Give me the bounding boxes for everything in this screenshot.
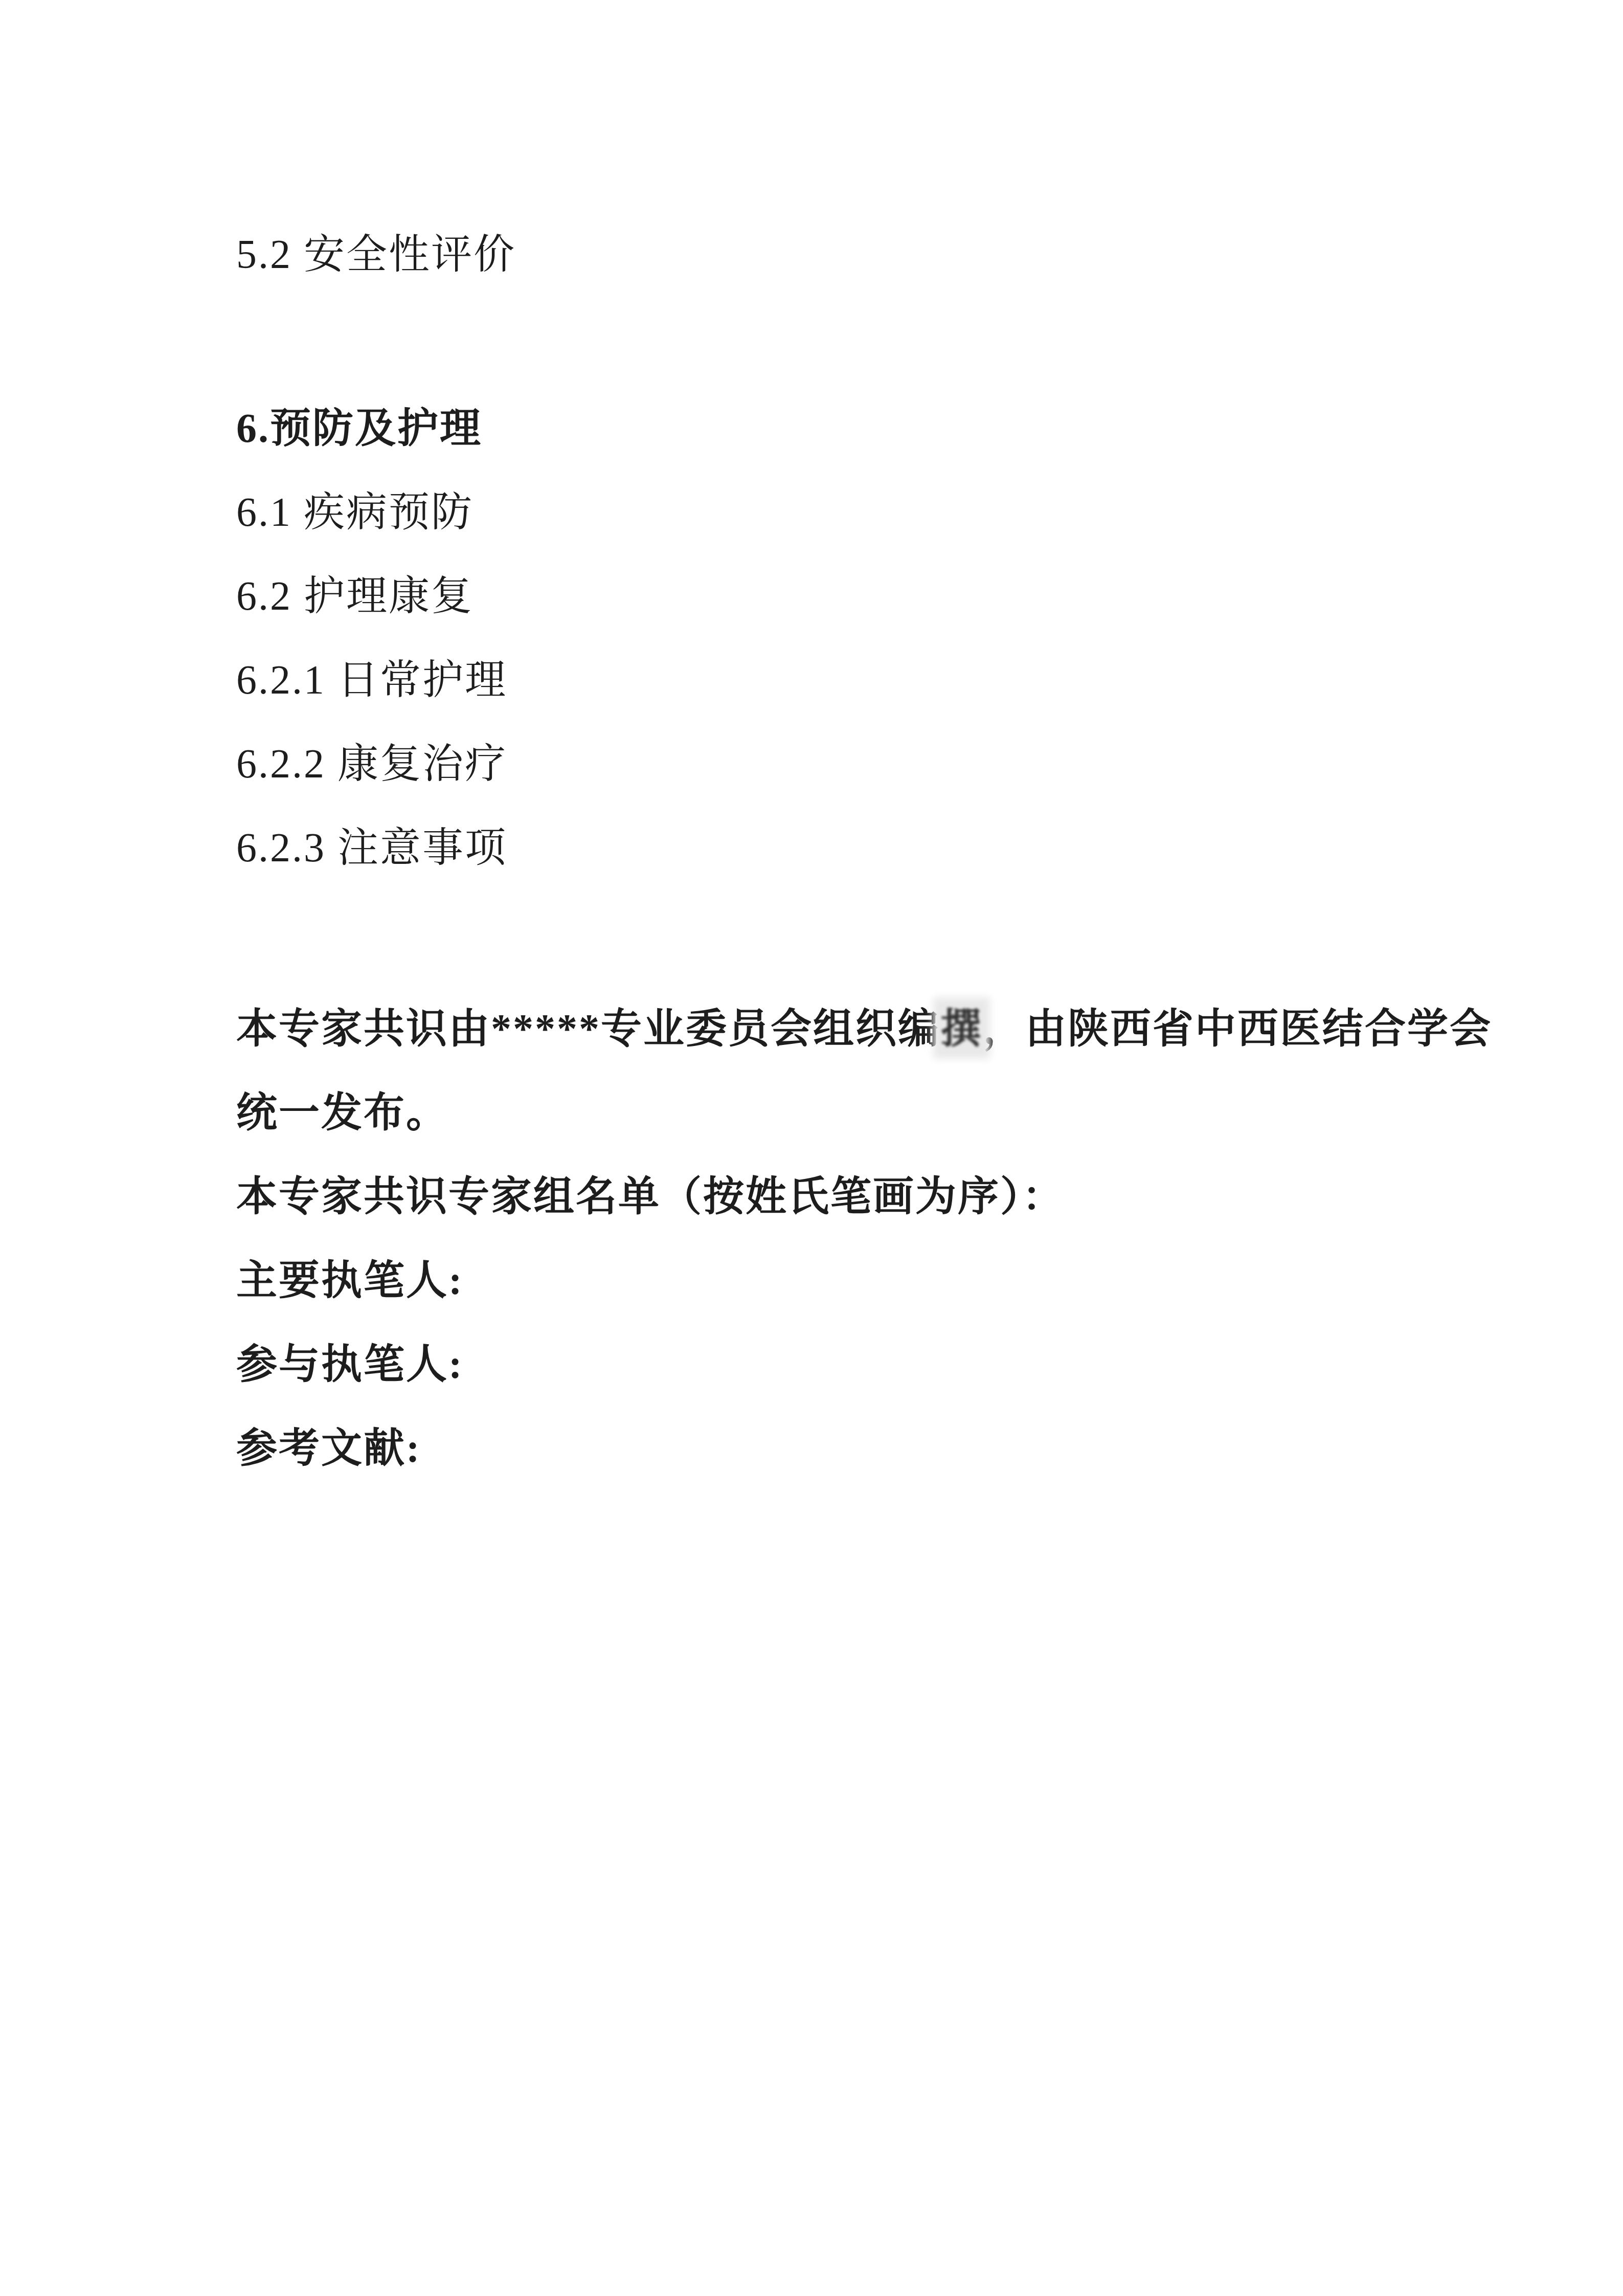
references-label: 参考文献: — [236, 1425, 421, 1472]
statement-issue-line: 本专家共识由*****专业委员会组织编撰，由陕西省中西医结合学会 — [236, 1006, 1492, 1053]
contributing-authors-label: 参与执笔人: — [236, 1341, 464, 1388]
toc-item-6-2-3: 6.2.3 注意事项 — [236, 824, 507, 872]
document-page: 5.2 安全性评价 6.预防及护理 6.1 疾病预防 6.2 护理康复 6.2.… — [0, 0, 1623, 2296]
statement-issue-part1: 本专家共识由*****专业委员会组织编 — [236, 1007, 940, 1052]
lead-authors-label: 主要执笔人: — [236, 1257, 464, 1304]
toc-item-6-2-2: 6.2.2 康复治疗 — [236, 741, 507, 788]
toc-heading-6: 6.预防及护理 — [236, 405, 482, 452]
statement-issue-continuation: 统一发布。 — [236, 1089, 448, 1136]
toc-item-5-2: 5.2 安全性评价 — [236, 231, 516, 278]
roster-heading: 本专家共识专家组名单（按姓氏笔画为序）： — [236, 1173, 1065, 1220]
toc-item-6-1: 6.1 疾病预防 — [236, 489, 474, 536]
toc-item-6-2: 6.2 护理康复 — [236, 573, 474, 620]
smudged-character: 撰 — [938, 1002, 985, 1054]
statement-issue-part2: ，由陕西省中西医结合学会 — [983, 1007, 1492, 1052]
toc-item-6-2-1: 6.2.1 日常护理 — [236, 657, 507, 704]
